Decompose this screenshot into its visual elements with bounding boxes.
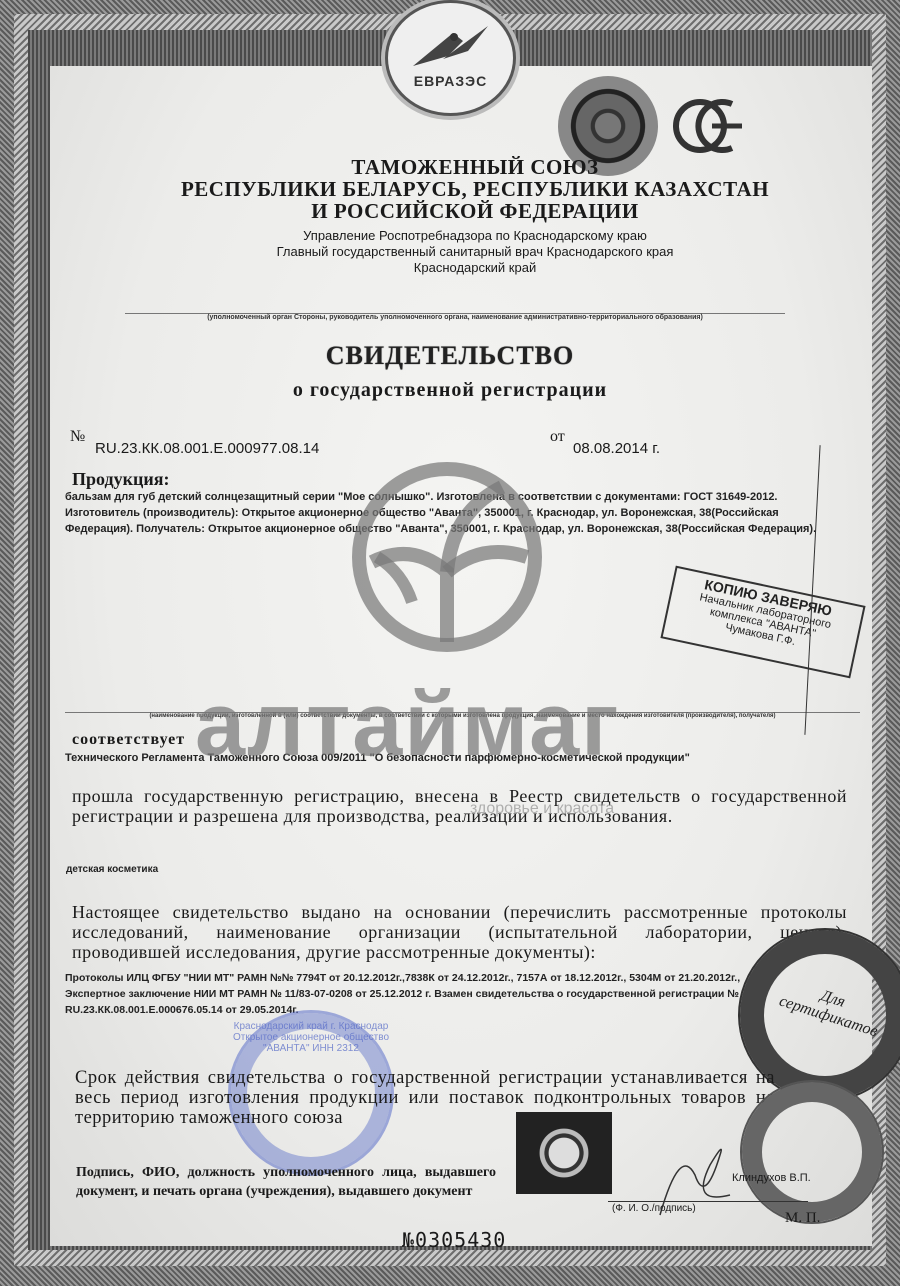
basis-statement: Настоящее свидетельство выдано на основа… <box>72 902 847 962</box>
validity-statement: Срок действия свидетельства о государств… <box>75 1068 775 1128</box>
header-line-3: И РОССИЙСКОЙ ФЕДЕРАЦИИ <box>150 199 800 224</box>
mp-label: М. П. <box>785 1210 820 1227</box>
document-subtitle: о государственной регистрации <box>150 379 750 402</box>
basis-documents: Протоколы ИЛЦ ФГБУ "НИИ МТ" РАМН №№ 7794… <box>65 970 765 1018</box>
registration-date: 08.08.2014 г. <box>573 440 660 457</box>
fio-caption: (Ф. И. О./подпись) <box>612 1203 696 1214</box>
altaimag-leaf-logo-icon <box>352 462 542 652</box>
authority-line-2: Главный государственный санитарный врач … <box>150 244 800 259</box>
authority-caption: (уполномоченный орган Стороны, руководит… <box>125 313 785 321</box>
eurasec-emblem: ЕВРАЗЭС <box>385 0 516 116</box>
number-label: № <box>70 428 85 446</box>
eurasec-bird-icon <box>408 21 493 71</box>
form-number: №0305430 <box>402 1228 506 1252</box>
signatory-name: Клиндухов В.П. <box>732 1172 811 1184</box>
signature-caption: Подпись, ФИО, должность уполномоченного … <box>76 1163 496 1201</box>
authority-line-3: Краснодарский край <box>150 260 800 275</box>
emblem-label: ЕВРАЗЭС <box>388 73 513 89</box>
conformity-label: соответствует <box>72 731 185 749</box>
registration-statement: прошла государственную регистрацию, внес… <box>72 786 847 826</box>
blue-seal-ring-text: Краснодарский край г. Краснодар Открытое… <box>231 1021 391 1054</box>
square-seal-icon <box>516 1112 612 1194</box>
product-category: детская косметика <box>66 862 158 878</box>
signature-line <box>608 1201 808 1202</box>
product-label: Продукция: <box>72 469 169 490</box>
cert-seal-text: Для сертификатов <box>777 975 883 1040</box>
ce-mark-icon <box>670 96 760 156</box>
registration-number: RU.23.КК.08.001.Е.000977.08.14 <box>95 440 319 457</box>
document-title: СВИДЕТЕЛЬСТВО <box>150 341 750 371</box>
authority-line-1: Управление Роспотребнадзора по Краснодар… <box>150 228 800 243</box>
date-label: от <box>550 428 565 446</box>
official-round-seal <box>740 1080 884 1224</box>
watermark-brand: алтаймаг <box>195 680 621 770</box>
